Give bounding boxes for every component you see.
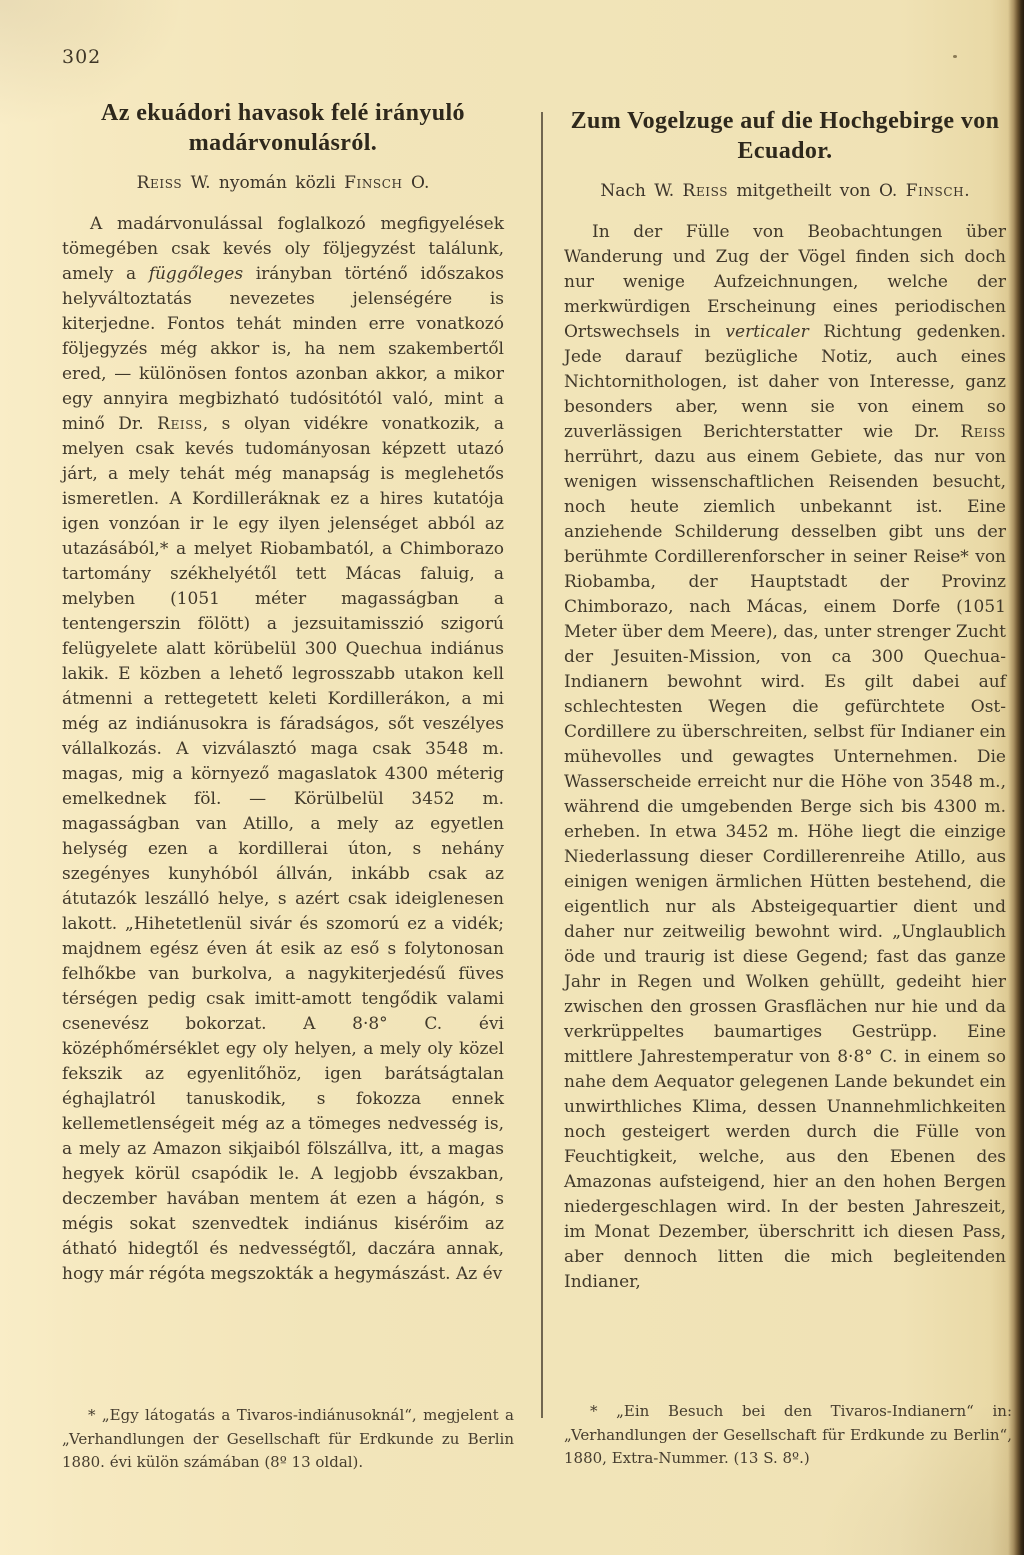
text-segment: Reiss [683,181,729,201]
text-segment: W. nyomán közli [182,173,344,193]
right-article-title: Zum Vogelzuge auf die Hochgebirge von Ec… [564,106,1006,166]
text-segment: irányban történő időszakos helyváltoztat… [62,264,504,434]
text-segment: Reiss [157,414,203,434]
right-article-body: In der Fülle von Beobachtungen über Wand… [564,220,1006,1295]
right-article-byline: Nach W. Reiss mitgetheilt von O. Finsch. [564,180,1006,202]
text-segment: függőleges [149,264,243,284]
text-segment: , s olyan vidékre vonatkozik, a melyen c… [62,414,504,1284]
text-segment: Reiss [137,173,183,193]
text-segment: herrührt, dazu aus einem Gebiete, das nu… [564,447,1006,1292]
paper-speck [953,55,957,58]
column-divider-rule [541,112,543,1418]
left-article-byline: Reiss W. nyomán közli Finsch O. [62,172,504,194]
left-article-title: Az ekuádori havasok felé irányuló madárv… [62,98,504,158]
right-footnote: * „Ein Besuch bei den Tivaros-Indianern“… [564,1400,1012,1471]
text-segment: Finsch [906,181,965,201]
book-page-edge-shadow [1008,0,1024,1555]
text-segment: . [964,181,969,201]
left-footnote: * „Egy látogatás a Tivaros-indiánusoknál… [62,1404,514,1475]
text-segment: Finsch [344,173,403,193]
scanned-book-page: 302 Az ekuádori havasok felé irányuló ma… [0,0,1024,1555]
text-segment: Nach W. [600,181,682,201]
text-segment: mitgetheilt von O. [728,181,906,201]
left-article-body: A madárvonulással foglalkozó megfigyelés… [62,212,504,1287]
right-column-german: Zum Vogelzuge auf die Hochgebirge von Ec… [564,98,1006,1295]
text-segment: Reiss [960,422,1006,442]
text-segment: verticaler [725,322,808,342]
text-segment: O. [403,173,430,193]
page-number: 302 [62,46,101,68]
left-column-hungarian: Az ekuádori havasok felé irányuló madárv… [62,98,504,1287]
